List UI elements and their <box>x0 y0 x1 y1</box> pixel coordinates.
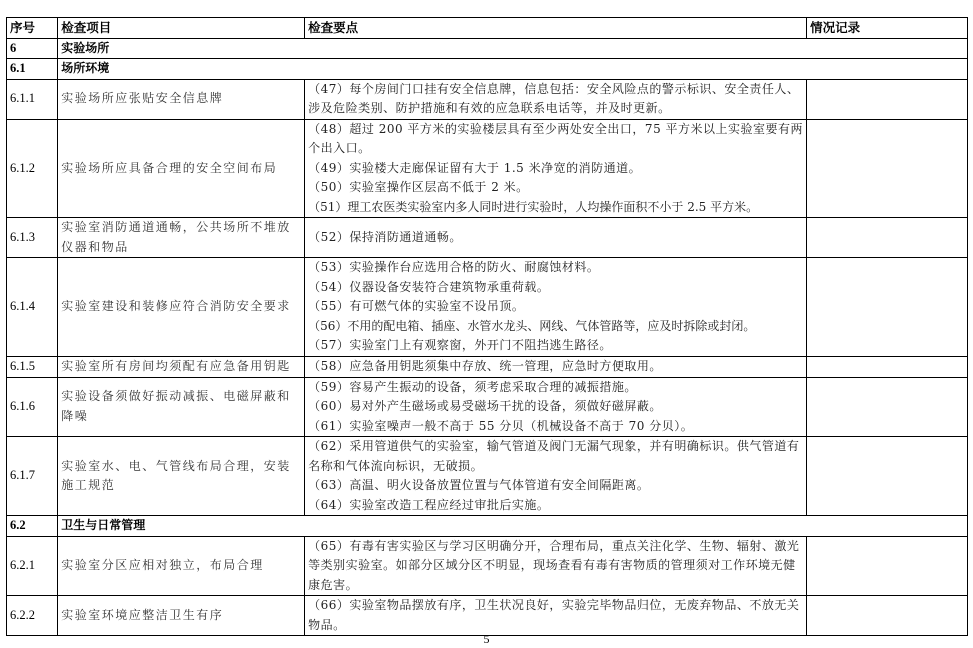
check-point: （54）仪器设备安装符合建筑物承重荷载。 <box>308 278 803 298</box>
row-points: （65）有毒有害实验区与学习区明确分开，合理布局，重点关注化学、生物、辐射、激光… <box>305 536 807 596</box>
table-row: 6.1.2 实验场所应具备合理的安全空间布局 （48）超过 200 平方米的实验… <box>7 119 968 218</box>
header-points: 检查要点 <box>305 18 807 39</box>
check-point: （55）有可燃气体的实验室不设吊顶。 <box>308 297 803 317</box>
row-no: 6.1.7 <box>7 437 58 516</box>
inspection-table: 序号 检查项目 检查要点 情况记录 6 实验场所 6.1 场所环境 6.1.1 … <box>6 17 968 636</box>
row-item: 实验室消防通道通畅，公共场所不堆放仪器和物品 <box>58 218 305 258</box>
record-cell[interactable] <box>807 536 968 596</box>
check-point: （66）实验室物品摆放有序，卫生状况良好，实验完毕物品归位，无废弃物品、不放无关… <box>308 596 803 635</box>
row-points: （59）容易产生振动的设备，须考虑采取合理的减振措施。 （60）易对外产生磁场或… <box>305 377 807 437</box>
row-points: （52）保持消防通道通畅。 <box>305 218 807 258</box>
header-no: 序号 <box>7 18 58 39</box>
record-cell[interactable] <box>807 377 968 437</box>
row-points: （48）超过 200 平方米的实验楼层具有至少两处安全出口，75 平方米以上实验… <box>305 119 807 218</box>
record-cell[interactable] <box>807 119 968 218</box>
subsection-row: 6.1 场所环境 <box>7 59 968 80</box>
subsection-title: 卫生与日常管理 <box>58 516 968 537</box>
row-no: 6.1.4 <box>7 258 58 357</box>
table-row: 6.1.1 实验场所应张贴安全信息牌 （47）每个房间门口挂有安全信息牌，信息包… <box>7 79 968 119</box>
row-points: （58）应急备用钥匙须集中存放、统一管理，应急时方便取用。 <box>305 357 807 378</box>
section-row: 6 实验场所 <box>7 38 968 59</box>
check-point: （59）容易产生振动的设备，须考虑采取合理的减振措施。 <box>308 378 803 398</box>
record-cell[interactable] <box>807 258 968 357</box>
check-point: （62）采用管道供气的实验室，输气管道及阀门无漏气现象，并有明确标识。供气管道有… <box>308 437 803 476</box>
subsection-title: 场所环境 <box>58 59 968 80</box>
check-point: （52）保持消防通道通畅。 <box>308 228 803 248</box>
check-point: （57）实验室门上有观察窗，外开门不阻挡逃生路径。 <box>308 336 803 356</box>
subsection-row: 6.2 卫生与日常管理 <box>7 516 968 537</box>
row-item: 实验设备须做好振动减振、电磁屏蔽和降噪 <box>58 377 305 437</box>
table-row: 6.2.2 实验室环境应整洁卫生有序 （66）实验室物品摆放有序，卫生状况良好，… <box>7 596 968 636</box>
row-item: 实验场所应具备合理的安全空间布局 <box>58 119 305 218</box>
row-points: （47）每个房间门口挂有安全信息牌，信息包括：安全风险点的警示标识、安全责任人、… <box>305 79 807 119</box>
table-row: 6.1.3 实验室消防通道通畅，公共场所不堆放仪器和物品 （52）保持消防通道通… <box>7 218 968 258</box>
record-cell[interactable] <box>807 218 968 258</box>
row-item: 实验室水、电、气管线布局合理，安装施工规范 <box>58 437 305 516</box>
row-no: 6.1.5 <box>7 357 58 378</box>
check-point: （50）实验室操作区层高不低于 2 米。 <box>308 178 803 198</box>
table-row: 6.1.5 实验室所有房间均须配有应急备用钥匙 （58）应急备用钥匙须集中存放、… <box>7 357 968 378</box>
row-item: 实验室建设和装修应符合消防安全要求 <box>58 258 305 357</box>
check-point: （48）超过 200 平方米的实验楼层具有至少两处安全出口，75 平方米以上实验… <box>308 120 803 159</box>
header-record: 情况记录 <box>807 18 968 39</box>
table-row: 6.2.1 实验室分区应相对独立，布局合理 （65）有毒有害实验区与学习区明确分… <box>7 536 968 596</box>
subsection-no: 6.1 <box>7 59 58 80</box>
check-point: （53）实验操作台应选用合格的防火、耐腐蚀材料。 <box>308 258 803 278</box>
row-item: 实验场所应张贴安全信息牌 <box>58 79 305 119</box>
header-row: 序号 检查项目 检查要点 情况记录 <box>7 18 968 39</box>
table-row: 6.1.4 实验室建设和装修应符合消防安全要求 （53）实验操作台应选用合格的防… <box>7 258 968 357</box>
row-no: 6.1.1 <box>7 79 58 119</box>
check-point: （61）实验室噪声一般不高于 55 分贝（机械设备不高于 70 分贝）。 <box>308 417 803 437</box>
record-cell[interactable] <box>807 437 968 516</box>
record-cell[interactable] <box>807 79 968 119</box>
check-point: （65）有毒有害实验区与学习区明确分开，合理布局，重点关注化学、生物、辐射、激光… <box>308 537 803 596</box>
row-item: 实验室环境应整洁卫生有序 <box>58 596 305 636</box>
record-cell[interactable] <box>807 357 968 378</box>
section-title: 实验场所 <box>58 38 968 59</box>
check-point: （51）理工农医类实验室内多人同时进行实验时，人均操作面积不小于 2.5 平方米… <box>308 198 803 218</box>
row-points: （53）实验操作台应选用合格的防火、耐腐蚀材料。 （54）仪器设备安装符合建筑物… <box>305 258 807 357</box>
row-no: 6.1.3 <box>7 218 58 258</box>
page-number: 5 <box>0 632 973 647</box>
table-row: 6.1.6 实验设备须做好振动减振、电磁屏蔽和降噪 （59）容易产生振动的设备，… <box>7 377 968 437</box>
header-item: 检查项目 <box>58 18 305 39</box>
row-item: 实验室分区应相对独立，布局合理 <box>58 536 305 596</box>
row-no: 6.1.6 <box>7 377 58 437</box>
check-point: （56）不用的配电箱、插座、水管水龙头、网线、气体管路等，应及时拆除或封闭。 <box>308 317 803 337</box>
check-point: （63）高温、明火设备放置位置与气体管道有安全间隔距离。 <box>308 476 803 496</box>
table-row: 6.1.7 实验室水、电、气管线布局合理，安装施工规范 （62）采用管道供气的实… <box>7 437 968 516</box>
row-points: （66）实验室物品摆放有序，卫生状况良好，实验完毕物品归位，无废弃物品、不放无关… <box>305 596 807 636</box>
record-cell[interactable] <box>807 596 968 636</box>
check-point: （58）应急备用钥匙须集中存放、统一管理，应急时方便取用。 <box>308 357 803 377</box>
row-no: 6.2.1 <box>7 536 58 596</box>
section-no: 6 <box>7 38 58 59</box>
check-point: （60）易对外产生磁场或易受磁场干扰的设备，须做好磁屏蔽。 <box>308 397 803 417</box>
row-points: （62）采用管道供气的实验室，输气管道及阀门无漏气现象，并有明确标识。供气管道有… <box>305 437 807 516</box>
subsection-no: 6.2 <box>7 516 58 537</box>
check-point: （64）实验室改造工程应经过审批后实施。 <box>308 496 803 516</box>
check-point: （47）每个房间门口挂有安全信息牌，信息包括：安全风险点的警示标识、安全责任人、… <box>308 80 803 119</box>
check-point: （49）实验楼大走廊保证留有大于 1.5 米净宽的消防通道。 <box>308 159 803 179</box>
row-no: 6.2.2 <box>7 596 58 636</box>
row-no: 6.1.2 <box>7 119 58 218</box>
row-item: 实验室所有房间均须配有应急备用钥匙 <box>58 357 305 378</box>
